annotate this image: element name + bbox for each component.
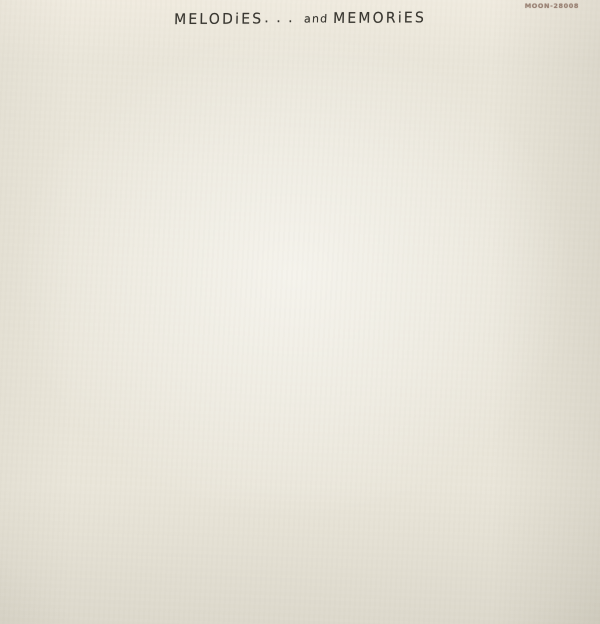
paper-grain-texture: [0, 0, 600, 624]
record-sleeve: MOON-28008 MELODiES. . . andMEMORiES: [0, 0, 600, 624]
title-ellipsis: . . .: [264, 10, 294, 26]
title-word-melodies: MELODiES: [174, 11, 264, 28]
sleeve-title: MELODiES. . . andMEMORiES: [174, 10, 426, 28]
title-word-and: and: [303, 12, 328, 25]
title-word-memories: MEMORiES: [333, 10, 426, 27]
catalog-number: MOON-28008: [525, 2, 579, 10]
